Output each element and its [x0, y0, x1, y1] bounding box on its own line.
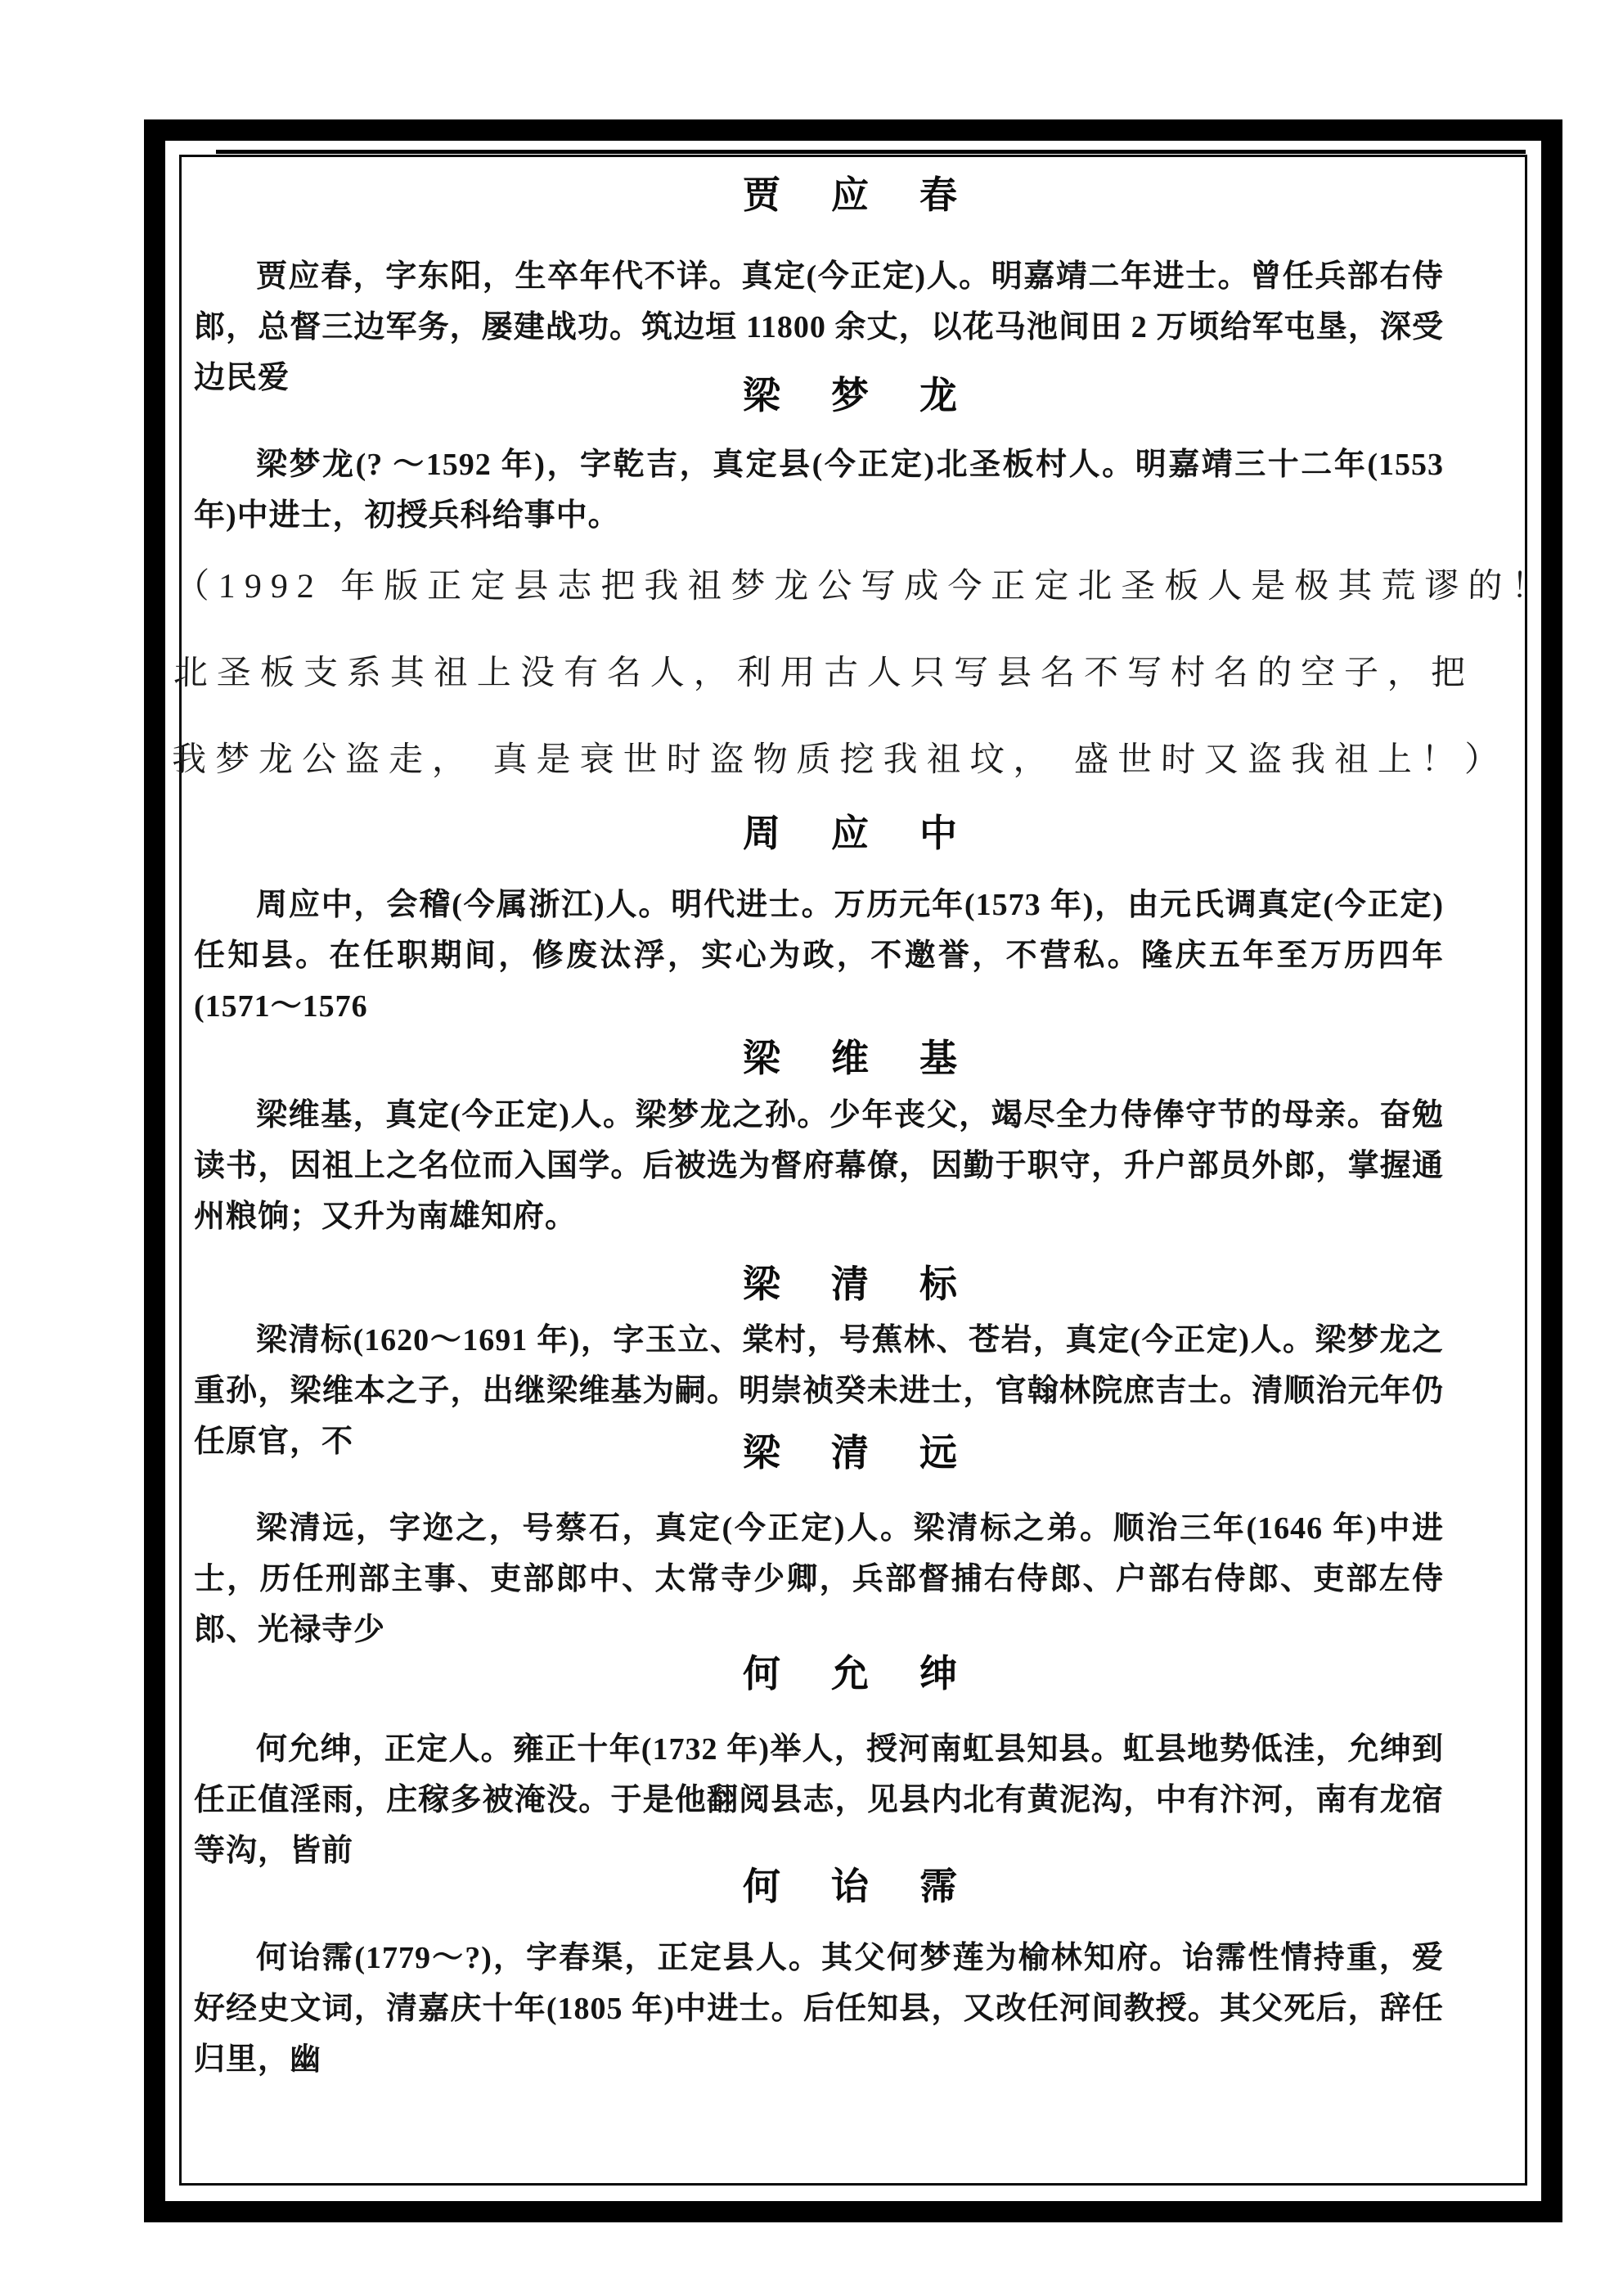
bio-paragraph-he-yunshen: 何允绅，正定人。雍正十年(1732 年)举人，授河南虹县知县。虹县地势低洼，允绅… — [194, 1724, 1444, 1876]
handwritten-line-2: 北圣板支系其祖上没有名人，利用古人只写县名不写村名的空子，把 — [173, 630, 1498, 717]
bio-paragraph-liang-weiji: 梁维基，真定(今正定)人。梁梦龙之孙。少年丧父，竭尽全力侍俸守节的母亲。奋勉读书… — [194, 1090, 1444, 1242]
handwritten-annotation: （1992 年版正定县志把我祖梦龙公写成今正定北圣板人是极其荒谬的！ 北圣板支系… — [171, 543, 1499, 804]
page-frame-inner: 贾 应 春 贾应春，字东阳，生卒年代不详。真定(今正定)人。明嘉靖二年进士。曾任… — [179, 155, 1527, 2186]
bio-title-liang-qingbiao: 梁 清 标 — [182, 1254, 1525, 1308]
handwritten-line-1: （1992 年版正定县志把我祖梦龙公写成今正定北圣板人是极其荒谬的！ — [174, 543, 1499, 630]
bio-paragraph-zhou-yingzhong: 周应中，会稽(今属浙江)人。明代进士。万历元年(1573 年)，由元氏调真定(今… — [194, 880, 1444, 1032]
bio-title-liang-weiji: 梁 维 基 — [182, 1029, 1525, 1083]
bio-title-liang-menglong: 梁 梦 龙 — [182, 366, 1525, 420]
bio-paragraph-liang-qingyuan: 梁清远，字迩之，号蔡石，真定(今正定)人。梁清标之弟。顺治三年(1646 年)中… — [194, 1503, 1444, 1655]
bio-title-he-yunshen: 何 允 绅 — [182, 1644, 1525, 1698]
handwritten-line-3: 我梦龙公盗走， 真是衰世时盗物质挖我祖坟， 盛世时又盗我祖上！） — [171, 717, 1496, 804]
bio-title-liang-qingyuan: 梁 清 远 — [182, 1423, 1525, 1477]
bio-title-he-yipei: 何 诒 霈 — [182, 1857, 1525, 1911]
bio-paragraph-he-yipei: 何诒霈(1779～?)，字春渠，正定县人。其父何梦莲为榆林知府。诒霈性情持重，爱… — [194, 1933, 1444, 2085]
bio-title-zhou-yingzhong: 周 应 中 — [182, 804, 1525, 858]
page-frame-outer: 贾 应 春 贾应春，字东阳，生卒年代不详。真定(今正定)人。明嘉靖二年进士。曾任… — [144, 119, 1562, 2222]
bio-paragraph-liang-menglong: 梁梦龙(? ～1592 年)，字乾吉，真定县(今正定)北圣板村人。明嘉靖三十二年… — [194, 439, 1444, 541]
bio-title-jia-yingchun: 贾 应 春 — [182, 165, 1525, 219]
scanned-page: 贾 应 春 贾应春，字东阳，生卒年代不详。真定(今正定)人。明嘉靖二年进士。曾任… — [0, 0, 1623, 2296]
